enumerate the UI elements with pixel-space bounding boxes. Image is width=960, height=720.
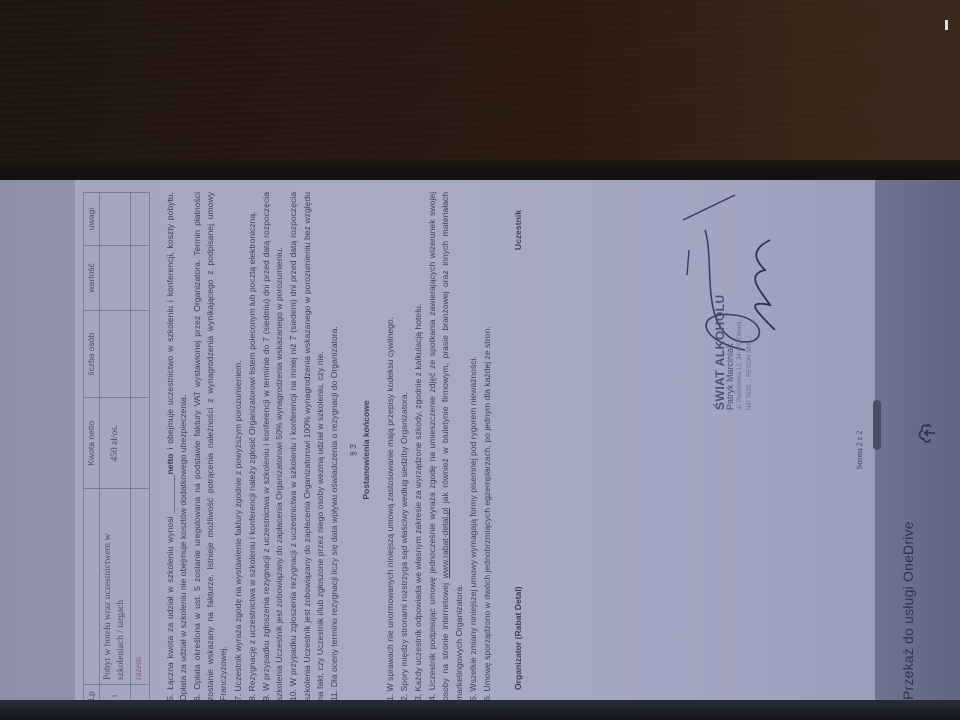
device-bottom-edge bbox=[0, 700, 960, 720]
organizer-signature-label: Organizator (Rabat Detal) bbox=[512, 586, 525, 690]
list-item: 5. Łączna kwota za udział w szkoleniu wy… bbox=[164, 192, 190, 704]
header-liczba: liczba osób bbox=[84, 310, 100, 397]
table-row: 1 Pobyt w hotelu wraz uczestnictwem w sz… bbox=[100, 193, 131, 708]
list-item: 1. W sprawach nie unormowanych niniejszą… bbox=[384, 192, 397, 704]
cell-wartosc bbox=[131, 245, 149, 310]
cost-table: Lp Kwota netto liczba osób wartość uwagi… bbox=[83, 192, 150, 708]
list-item: 10. W przypadku zgłoszenia rezygnacji z … bbox=[287, 192, 327, 704]
list-item: 11. Dla oceny terminu rezygnacji liczy s… bbox=[328, 192, 341, 704]
header-kwota: Kwota netto bbox=[84, 398, 100, 489]
cell-liczba bbox=[100, 310, 131, 397]
item-text: Umowę sporządzono w dwóch jednobrzmiącyc… bbox=[482, 327, 492, 692]
section-title: Postanowienia końcowe bbox=[360, 192, 373, 708]
header-uwagi: uwagi bbox=[84, 193, 100, 246]
item-text: W sprawach nie unormowanych niniejszą um… bbox=[385, 317, 395, 691]
item-text: W przypadku zgłoszenia rezygnacji z ucze… bbox=[261, 192, 284, 701]
onedrive-upload-label[interactable]: Przekaż do usługi OneDrive bbox=[900, 521, 916, 700]
item-text: Rezygnację z uczestnictwa w szkoleniu i … bbox=[247, 211, 257, 691]
section2-list: 5. Łączna kwota za udział w szkoleniu wy… bbox=[164, 192, 342, 708]
item-text: Dla oceny terminu rezygnacji liczy się d… bbox=[329, 326, 339, 687]
table-header-row: Lp Kwota netto liczba osób wartość uwagi bbox=[84, 193, 100, 708]
section3-list: 1. W sprawach nie unormowanych niniejszą… bbox=[384, 192, 495, 708]
list-item: 6. Umowę sporządzono w dwóch jednobrzmią… bbox=[481, 192, 494, 704]
item-text: Łączna kwota za udział w szkoleniu wynos… bbox=[165, 474, 175, 689]
cell-desc: Pobyt w hotelu wraz uczestnictwem w szko… bbox=[100, 489, 131, 685]
item-text: Wszelkie zmiany niniejszej umowy wymagaj… bbox=[468, 356, 478, 691]
stamp-ids: NIP 7632..., REGON 384.... bbox=[745, 250, 755, 410]
item-text: Spory między stronami rozstrzyga sąd wła… bbox=[399, 392, 409, 691]
stamp-address: ul. Piastowska 12, 34-400 Oborni... bbox=[735, 250, 745, 410]
cell-uwagi bbox=[100, 193, 131, 246]
list-item: 4. Uczestnik podpisując umowę jednocześn… bbox=[426, 192, 466, 704]
company-stamp: ŚWIAT ALKOHOLU Patryk Marciniak ul. Pias… bbox=[715, 250, 755, 410]
item-text: Opłata określona w ust. 5 zostanie uregu… bbox=[192, 192, 228, 701]
cell-wartosc bbox=[100, 245, 131, 310]
list-item: 6. Opłata określona w ust. 5 zostanie ur… bbox=[191, 192, 231, 704]
cell-kwota bbox=[131, 398, 149, 489]
cell-liczba bbox=[131, 310, 149, 397]
stamp-company-name: ŚWIAT ALKOHOLU bbox=[715, 250, 725, 410]
cell-total-label: razem bbox=[131, 489, 149, 685]
signature-labels: Organizator (Rabat Detal) Uczestnik bbox=[512, 192, 525, 708]
item-text: W przypadku zgłoszenia rezygnacji z ucze… bbox=[288, 192, 324, 701]
list-item: 9. W przypadku zgłoszenia rezygnacji z u… bbox=[260, 192, 286, 704]
document-page: Lp Kwota netto liczba osób wartość uwagi… bbox=[75, 180, 875, 720]
list-item: 3. Każdy uczestnik odpowiada we własnym … bbox=[412, 192, 425, 704]
cell-uwagi bbox=[131, 193, 149, 246]
background-speck bbox=[945, 20, 948, 30]
header-wartosc: wartość bbox=[84, 245, 100, 310]
header-desc bbox=[84, 489, 100, 685]
section-mark: § 3 bbox=[347, 192, 360, 708]
list-item: 5. Wszelkie zmiany niniejszej umowy wyma… bbox=[467, 192, 480, 704]
cloud-upload-icon[interactable] bbox=[912, 420, 938, 446]
website-link[interactable]: www.rabat-detal.pl bbox=[440, 508, 450, 579]
list-item: 8. Rezygnację z uczestnictwa w szkoleniu… bbox=[246, 192, 259, 704]
participant-signature-label: Uczestnik bbox=[512, 210, 525, 250]
item-bold-text: netto bbox=[165, 453, 175, 474]
wooden-table-background bbox=[0, 0, 960, 185]
list-item: 7. Uczestnik wyraża zgodę na wystawienie… bbox=[232, 192, 245, 704]
onedrive-bar[interactable] bbox=[880, 180, 960, 720]
list-item: 2. Spory między stronami rozstrzyga sąd … bbox=[398, 192, 411, 704]
document-viewport[interactable]: Lp Kwota netto liczba osób wartość uwagi… bbox=[75, 180, 875, 720]
page-number: Strona 2 z 2 bbox=[853, 180, 866, 720]
table-row-total: razem bbox=[131, 193, 149, 708]
item-text: Uczestnik wyraża zgodę na wystawienie fa… bbox=[233, 360, 243, 691]
cell-kwota: 450 zł/os. bbox=[100, 398, 131, 489]
item-text: Każdy uczestnik odpowiada we własnym zak… bbox=[413, 304, 423, 692]
